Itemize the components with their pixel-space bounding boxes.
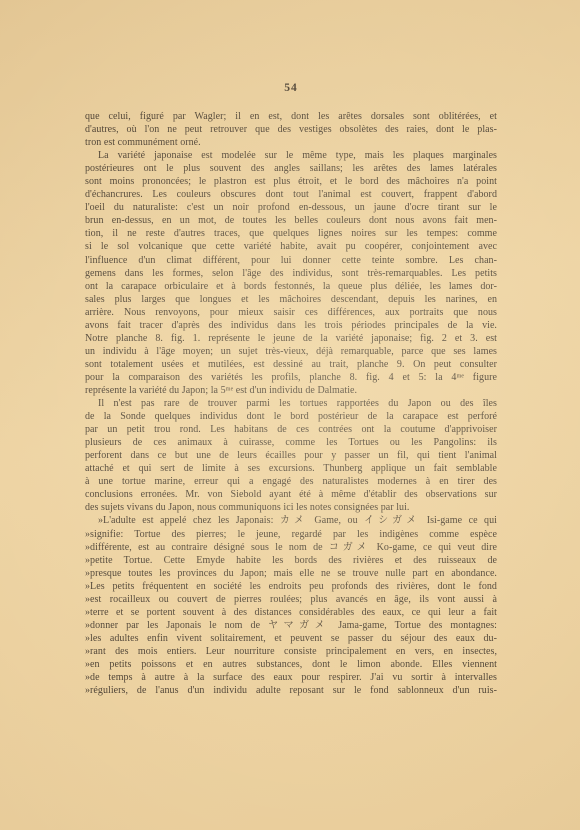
paragraph: que celui, figuré par Wagler; il en est,… [85,110,497,149]
text-line: avons fait tracer d'après des individus … [85,319,497,332]
text-line: Notre planche 8. fig. 1. représente le j… [85,332,497,345]
text-line: »donner par les Japonais le nom de ヤマガメ … [85,619,497,632]
text-line: ont la carapace orbiculaire et à bords f… [85,280,497,293]
text-line: »de temps à autre à la surface des eaux … [85,671,497,684]
text-line: La variété japonaise est modelée sur le … [85,149,497,162]
text-line: si le sol volcanique que cette variété h… [85,240,497,253]
text-line: plusieurs de ces animaux à cuirasse, com… [85,436,497,449]
text-line: perforent dans ce but une de leurs écail… [85,449,497,462]
text-line: pour la comparaison des variétés les pro… [85,371,497,384]
text-line: sont moins prononcées; le plastron est p… [85,175,497,188]
text-line: d'échancrures. Les couleurs obscures don… [85,188,497,201]
text-line: »signifie: Tortue des pierres; le jeune,… [85,528,497,541]
text-line: »Les petits fréquentent en société les e… [85,580,497,593]
text-line: l'oeil du naturaliste: c'est un noir pro… [85,201,497,214]
scanned-book-page: 54 que celui, figuré par Wagler; il en e… [0,0,580,830]
text-line: »petite Tortue. Cette Emyde habite les b… [85,554,497,567]
text-line: d'autres, où l'on ne peut retrouver que … [85,123,497,136]
text-line: à une tortue marine, erreur qui a engagé… [85,475,497,488]
text-line: des sujets vivans du Japon, nous communi… [85,501,497,514]
text-line: que celui, figuré par Wagler; il en est,… [85,110,497,123]
text-line: par un petit trou rond. Les habitans de … [85,423,497,436]
text-line: de la Sonde quelques individus dont le b… [85,410,497,423]
text-block: que celui, figuré par Wagler; il en est,… [85,110,497,697]
text-line: attaché et qui sert de limite à ses excu… [85,462,497,475]
paragraph: »L'adulte est appelé chez les Japonais: … [85,514,497,697]
text-line: gemens dans les formes, selon l'âge des … [85,267,497,280]
text-line: »les adultes enfin vivent solitairement,… [85,632,497,645]
text-line: postérieures ont le plus souvent des ang… [85,162,497,175]
paragraph: Il n'est pas rare de trouver parmi les t… [85,397,497,514]
text-line: conclusions erronées. Mr. von Siebold ay… [85,488,497,501]
text-line: représente la variété du Japon; la 5ᵐᵉ e… [85,384,497,397]
text-line: »différente, est au contraire désigné so… [85,541,497,554]
text-line: »presque toutes les provinces du Japon; … [85,567,497,580]
text-line: brun en-dessus, en un mot, de toutes les… [85,214,497,227]
text-line: Il n'est pas rare de trouver parmi les t… [85,397,497,410]
text-line: sont totalement usées et mutilées, est d… [85,358,497,371]
text-line: l'influence d'un climat différent, pour … [85,254,497,267]
page-number: 54 [85,82,497,94]
text-line: un individu à l'âge moyen; un sujet très… [85,345,497,358]
text-line: sales plus larges que longues et les mâc… [85,293,497,306]
text-line: tron est communément orné. [85,136,497,149]
text-line: arrière. Nous renvoyons, pour mieux sais… [85,306,497,319]
text-line: »est rocailleux ou couvert de pierres ro… [85,593,497,606]
paragraph: La variété japonaise est modelée sur le … [85,149,497,397]
text-line: tion, il ne reste d'autres traces, que q… [85,227,497,240]
text-line: »L'adulte est appelé chez les Japonais: … [85,514,497,527]
text-line: »rant des mois entiers. Leur nourriture … [85,645,497,658]
text-line: »en petits poissons et en autres substan… [85,658,497,671]
text-line: »terre et se portent souvent à des dista… [85,606,497,619]
text-line: »réguliers, de l'anus d'un individu adul… [85,684,497,697]
